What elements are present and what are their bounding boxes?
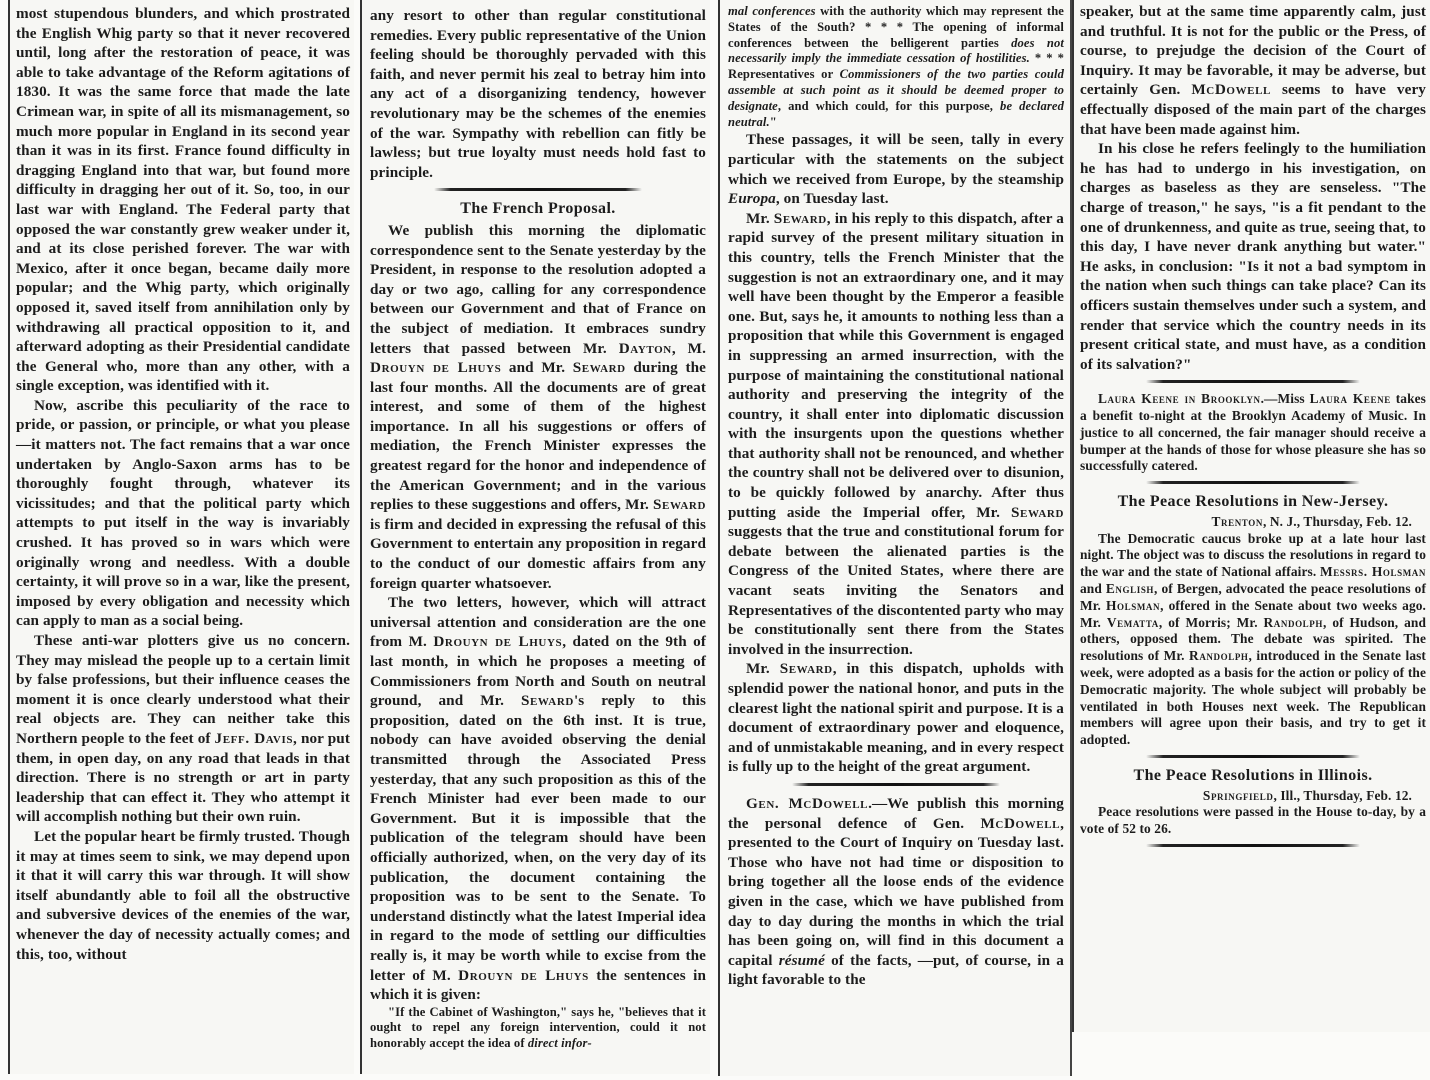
paragraph: These anti-war plotters give us no conce… — [16, 631, 350, 827]
block-quote: mal conferences with the authority which… — [728, 4, 1064, 130]
column-3: mal conferences with the authority which… — [718, 0, 1072, 1076]
block-quote: "If the Cabinet of Washington," says he,… — [370, 1005, 706, 1052]
paragraph: most stupendous blunders, and which pros… — [16, 4, 350, 396]
article-headline: The Peace Resolutions in New-Jersey. — [1080, 492, 1426, 512]
ship-name: Europa — [728, 190, 776, 207]
paragraph: Peace resolutions were passed in the Hou… — [1080, 804, 1426, 838]
section-divider — [1146, 844, 1361, 847]
paragraph: These passages, it will be seen, tally i… — [728, 130, 1064, 208]
section-divider — [1146, 755, 1361, 758]
column-2: any resort to other than regular constit… — [360, 0, 710, 1074]
paragraph: In his close he refers feelingly to the … — [1080, 139, 1426, 374]
paragraph: Let the popular heart be firmly trusted.… — [16, 827, 350, 964]
paragraph: We publish this morning the diplomatic c… — [370, 221, 706, 593]
section-divider — [792, 783, 1000, 786]
article-headline: The Peace Resolutions in Illinois. — [1080, 766, 1426, 786]
paragraph: Mr. Seward, in his reply to this dispatc… — [728, 209, 1064, 660]
paragraph: Mr. Seward, in this dispatch, upholds wi… — [728, 659, 1064, 777]
column-4: speaker, but at the same time apparently… — [1072, 0, 1430, 1032]
column-1: most stupendous blunders, and which pros… — [8, 0, 354, 1074]
paragraph: The two letters, however, which will att… — [370, 593, 706, 1004]
article-lead: Gen. McDowell — [746, 795, 868, 812]
section-divider — [434, 188, 642, 191]
article-lead: Laura Keene in Brooklyn — [1098, 391, 1261, 406]
person-name: Jeff. Davis — [215, 730, 294, 747]
paragraph: The Democratic caucus broke up at a late… — [1080, 531, 1426, 749]
section-divider — [1146, 481, 1361, 484]
article-headline: The French Proposal. — [370, 199, 706, 219]
paragraph: Gen. McDowell.—We publish this morning t… — [728, 794, 1064, 990]
paragraph: Laura Keene in Brooklyn.—Miss Laura Keen… — [1080, 391, 1426, 475]
dateline: Springfield, Ill., Thursday, Feb. 12. — [1080, 788, 1426, 805]
paragraph: speaker, but at the same time apparently… — [1080, 2, 1426, 139]
section-divider — [1146, 380, 1361, 383]
dateline: Trenton, N. J., Thursday, Feb. 12. — [1080, 514, 1426, 531]
paragraph: Now, ascribe this peculiarity of the rac… — [16, 396, 350, 631]
paragraph: any resort to other than regular constit… — [370, 6, 706, 182]
newspaper-clipping: most stupendous blunders, and which pros… — [0, 0, 1430, 1080]
